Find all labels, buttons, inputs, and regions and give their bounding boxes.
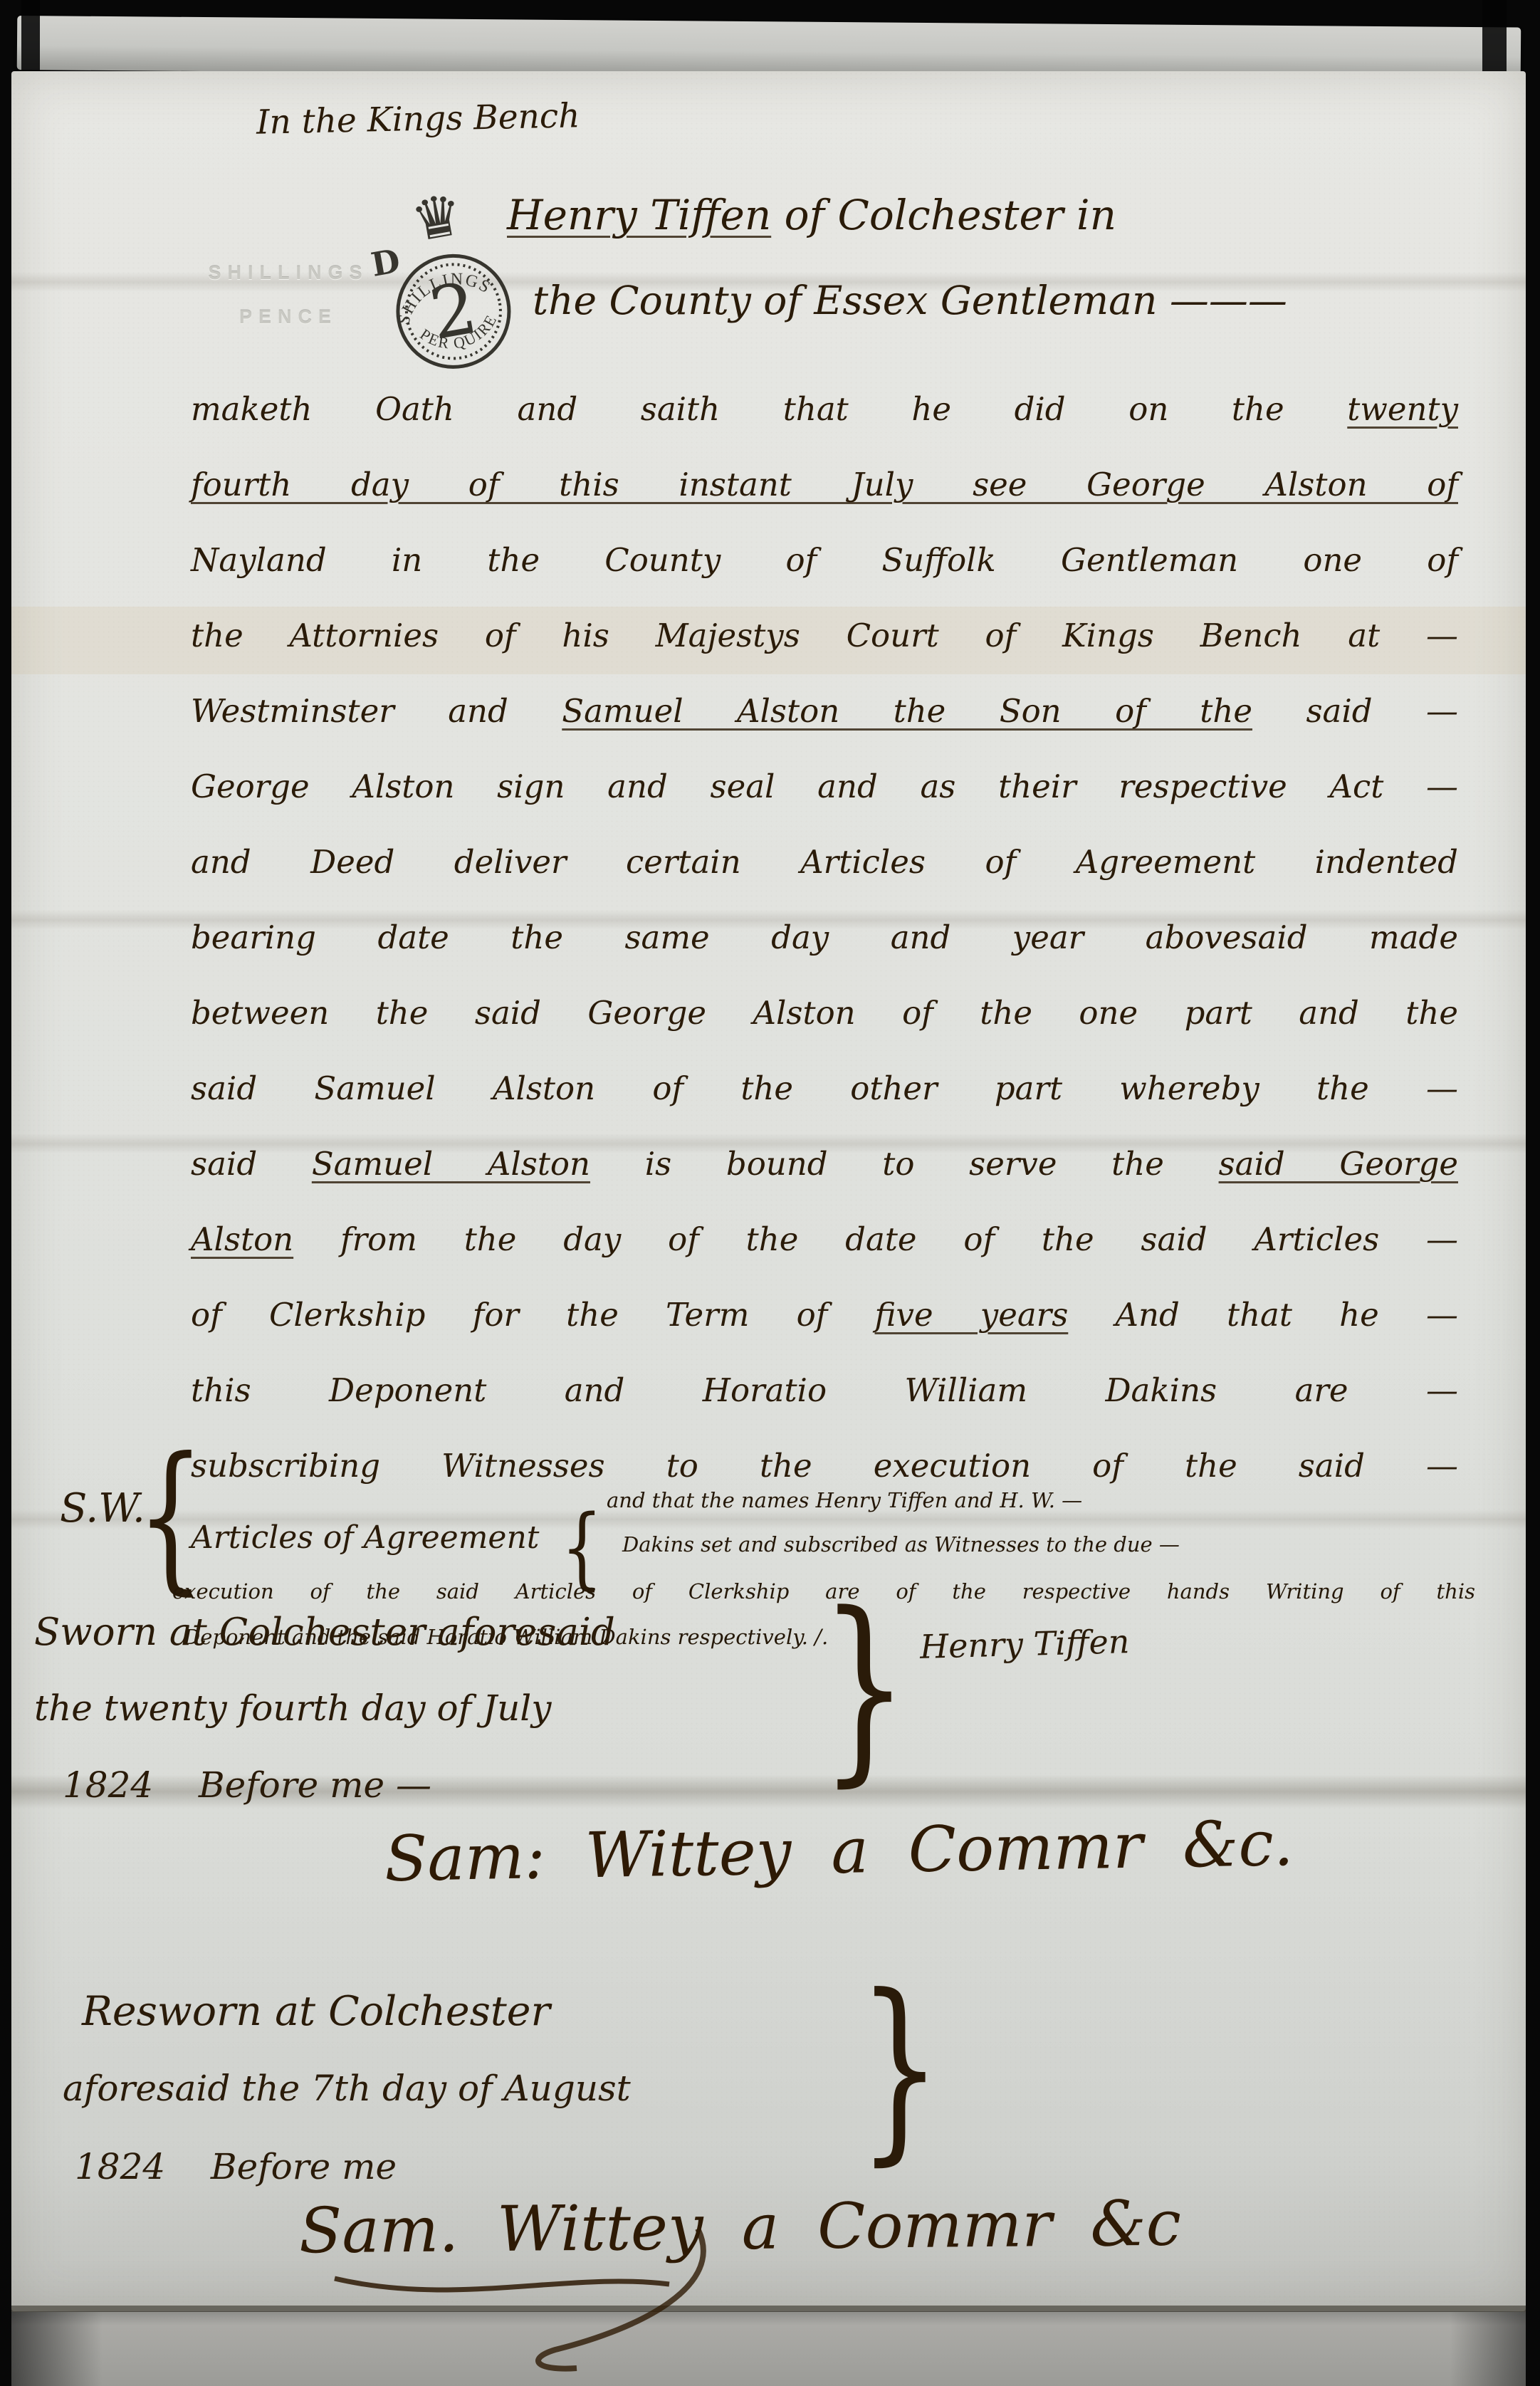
document-line: Alston from the day of the date of the s… <box>191 1220 1458 1296</box>
body-text: maketh Oath and saith that he did on the… <box>191 390 1458 1522</box>
text-fragment: Samuel Alston <box>312 1145 590 1183</box>
text-fragment: Samuel Alston the Son of the <box>562 692 1252 730</box>
text-fragment: Nayland in the County of Suffolk Gentlem… <box>191 541 1458 579</box>
document-line: said Samuel Alston of the other part whe… <box>191 1069 1458 1145</box>
jurat2-line: aforesaid the 7th day of August <box>63 2068 631 2109</box>
jurat1-line: Sworn at Colchester aforesaid <box>34 1611 615 1654</box>
document-line: bearing date the same day and year above… <box>191 919 1458 994</box>
ink-flourish <box>271 2229 1125 2378</box>
jurat1-line: 1824 Before me — <box>63 1764 431 1806</box>
text-fragment: from the day of the date of the said Art… <box>293 1220 1458 1258</box>
court-heading: In the Kings Bench <box>256 96 580 142</box>
margin-brace: { <box>137 1437 204 1597</box>
text-fragment: the Attornies of his Majestys Court of K… <box>191 617 1458 654</box>
document-line: fourth day of this instant July see Geor… <box>191 466 1458 541</box>
text-fragment: maketh Oath and saith that he did on the <box>191 390 1347 428</box>
witness-signature: Henry Tiffen <box>919 1622 1130 1666</box>
text-fragment: said <box>191 1145 312 1183</box>
document-line: maketh Oath and saith that he did on the… <box>191 390 1458 466</box>
margin-initials: S.W. <box>60 1485 145 1532</box>
text-fragment: twenty <box>1347 390 1458 428</box>
document-line: and Deed deliver certain Articles of Agr… <box>191 843 1458 919</box>
text-fragment: fourth day of this instant July see Geor… <box>191 466 1458 503</box>
text-fragment: Westminster and <box>191 692 562 730</box>
document-line: said Samuel Alston is bound to serve the… <box>191 1145 1458 1220</box>
text-fragment: five years <box>875 1296 1069 1334</box>
stamp-letter: D <box>368 241 403 284</box>
text-fragment: between the said George Alston of the on… <box>191 994 1458 1032</box>
document-line: of Clerkship for the Term of five years … <box>191 1296 1458 1371</box>
text-fragment: the County of Essex Gentleman ——— <box>533 278 1287 323</box>
document-line: the Attornies of his Majestys Court of K… <box>191 617 1458 692</box>
scan-background: In the Kings Bench SHILLINGS PENCE ♛ D S… <box>0 0 1540 2386</box>
text-fragment: And that he — <box>1068 1296 1458 1334</box>
title-line: the County of Essex Gentleman ——— <box>533 278 1287 323</box>
text-fragment: George Alston sign and seal and as their… <box>191 768 1458 805</box>
document-line: Nayland in the County of Suffolk Gentlem… <box>191 541 1458 617</box>
jurat1-line: the twenty fourth day of July <box>34 1688 552 1729</box>
jurat1-brace: } <box>820 1586 908 1788</box>
text-fragment: Henry Tiffen <box>507 191 771 239</box>
text-fragment: and Deed deliver certain Articles of Agr… <box>191 843 1458 881</box>
text-fragment: this Deponent and Horatio William Dakins… <box>191 1371 1458 1409</box>
document-line: between the said George Alston of the on… <box>191 994 1458 1069</box>
title-line: Henry Tiffen of Colchester in <box>507 191 1116 239</box>
text-fragment: bearing date the same day and year above… <box>191 919 1458 956</box>
text-fragment: of Colchester in <box>771 191 1116 239</box>
text-fragment: Alston <box>191 1220 293 1258</box>
crown-icon: ♛ <box>406 181 468 255</box>
text-fragment: subscribing Witnesses to the execution o… <box>191 1447 1458 1485</box>
annotation-main-line: Articles of Agreement <box>191 1519 539 1556</box>
text-fragment: said George <box>1219 1145 1458 1183</box>
text-fragment: is bound to serve the <box>590 1145 1219 1183</box>
text-fragment: of Clerkship for the Term of <box>191 1296 875 1334</box>
document-line: George Alston sign and seal and as their… <box>191 768 1458 843</box>
jurat2-line: 1824 Before me <box>75 2146 397 2187</box>
document-line: Westminster and Samuel Alston the Son of… <box>191 692 1458 768</box>
jurat2-line: Resworn at Colchester <box>82 1988 550 2035</box>
text-fragment: said Samuel Alston of the other part whe… <box>191 1069 1458 1107</box>
document-line: this Deponent and Horatio William Dakins… <box>191 1371 1458 1447</box>
interline-annotation: and that the names Henry Tiffen and H. W… <box>607 1488 1082 1512</box>
annotation-small-line: Dakins set and subscribed as Witnesses t… <box>622 1532 1180 1556</box>
jurat2-brace: } <box>858 1969 942 2167</box>
text-fragment: said — <box>1252 692 1458 730</box>
